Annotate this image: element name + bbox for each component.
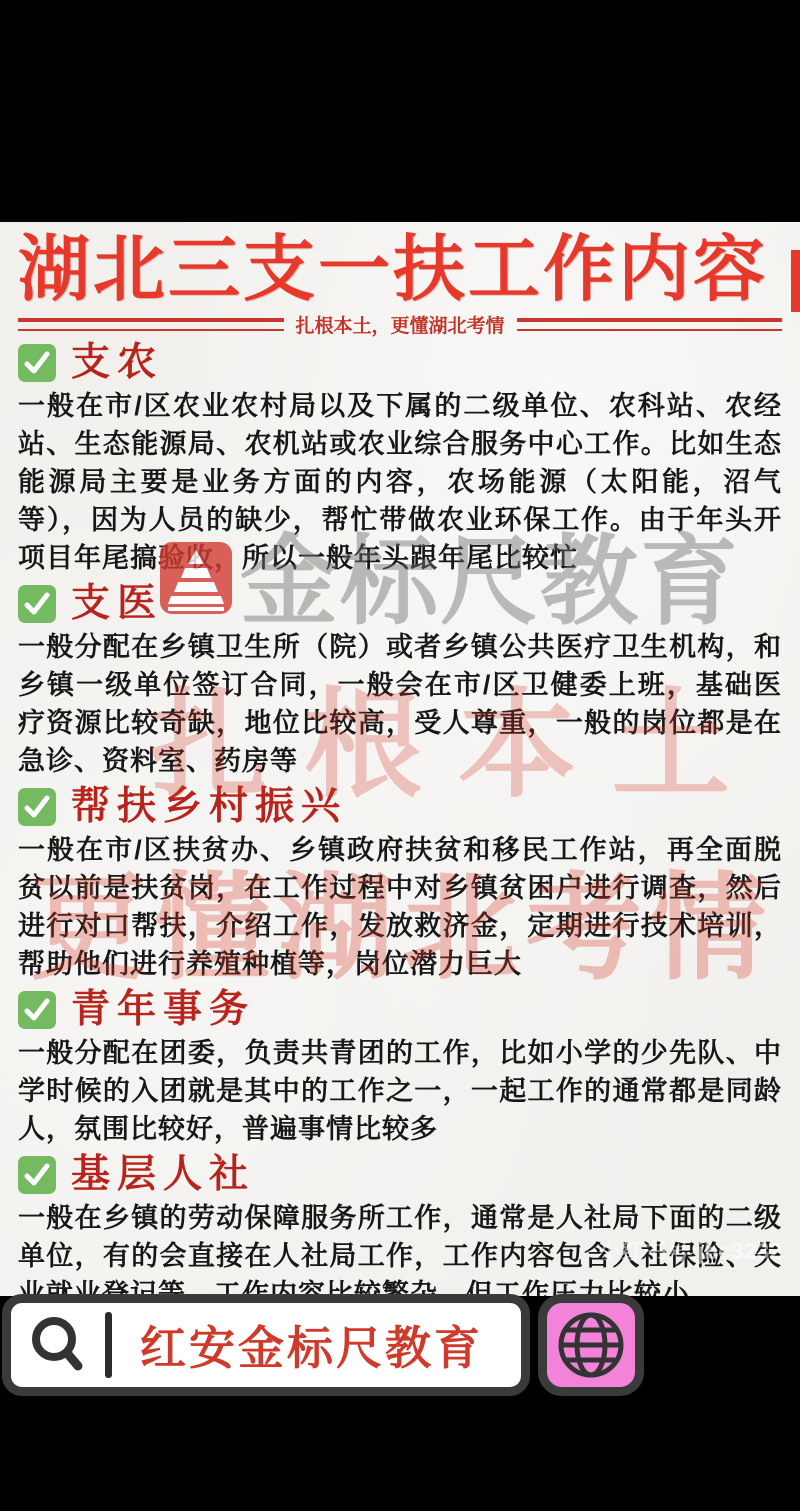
checkmark-icon — [18, 1156, 56, 1194]
separator-line-right — [517, 318, 783, 331]
checkmark-icon — [18, 788, 56, 826]
section-title: 基层人社 — [71, 1153, 255, 1197]
section-header-jiceng: 基层人社 — [18, 1153, 782, 1197]
section-title: 青年事务 — [71, 988, 255, 1032]
checkmark-icon — [18, 344, 56, 382]
brand-watermark: 金标尺教育 — [160, 532, 740, 630]
section-title: 支医 — [71, 582, 163, 626]
section-header-zhinong: 支农 — [18, 341, 782, 385]
slogan-watermark-bottom: 更懂湖北考情 — [30, 872, 774, 988]
search-bar: 红安金标尺教育 — [2, 1294, 644, 1396]
checkmark-icon — [18, 585, 56, 623]
section-title: 支农 — [71, 341, 163, 385]
title-cropped-stroke — [791, 250, 800, 312]
globe-icon — [555, 1309, 627, 1381]
subtitle-banner: 扎根本土，更懂湖北考情 — [18, 312, 782, 336]
search-query-text: 红安金标尺教育 — [126, 1312, 497, 1378]
search-input[interactable]: 红安金标尺教育 — [2, 1294, 530, 1396]
brand-watermark-text: 金标尺教育 — [240, 532, 740, 630]
account-id-watermark: 小红书号:jbc3232 — [598, 1233, 782, 1266]
jinbiaochi-logo-icon — [160, 542, 232, 620]
globe-button[interactable] — [538, 1294, 644, 1396]
text-cursor — [105, 1312, 112, 1378]
section-body: 一般分配在团委，负责共青团的工作，比如小学的少先队、中学时候的入团就是其中的工作… — [18, 1034, 782, 1148]
slogan-watermark-top: 扎根本土 — [150, 688, 766, 806]
subtitle-text: 扎根本土，更懂湖北考情 — [296, 311, 505, 338]
checkmark-icon — [18, 991, 56, 1029]
section-header-qingnian: 青年事务 — [18, 988, 782, 1032]
separator-line-left — [18, 318, 284, 331]
page-title: 湖北三支一扶工作内容 — [18, 230, 782, 310]
search-icon — [27, 1314, 89, 1376]
